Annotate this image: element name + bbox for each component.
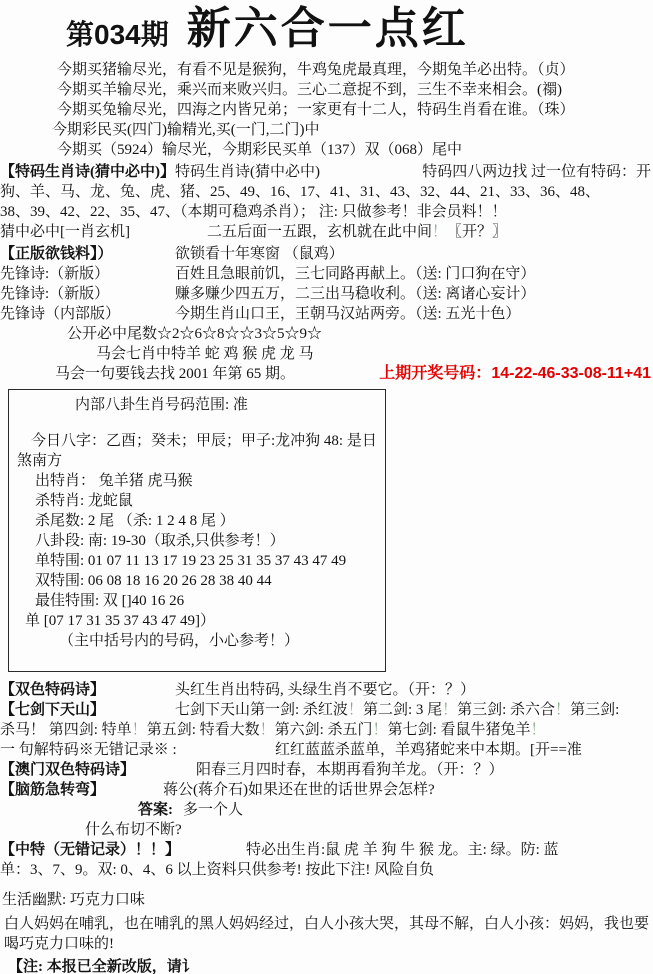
bagua-line: 双特围: 06 08 18 16 20 26 28 38 40 44 [13, 571, 381, 591]
bagua-line: 单特围: 01 07 11 13 17 19 23 25 31 35 37 43… [13, 551, 381, 571]
zhongte-row: 【中特（无错记录）！！】 特必出生肖:鼠 虎 羊 狗 牛 猴 龙。主: 绿。防:… [0, 840, 653, 860]
section-label: 【特码生肖诗(猜中必中)】 [0, 162, 175, 182]
yixiao-xuanji-row: 猜中必中[一肖玄机] 二五后面一五跟，玄机就在此中间！〖开？〗 [0, 222, 653, 242]
row-text: 特必出生肖:鼠 虎 羊 狗 牛 猴 龙。主: 绿。防: 蓝 [246, 840, 559, 860]
bagua-note: （主中括号内的号码，小心参考！） [13, 631, 381, 651]
bagua-line: 出特肖： 兔羊猪 虎马猴 [13, 471, 381, 491]
xianfeng-row: 先锋诗:（新版） 百姓且急眼前饥，三七同路再献上。（送: 门口狗在守） [0, 264, 653, 284]
shuangse-row: 【双色特码诗】 头红生肖出特码, 头绿生肖不要它。（开：？） [0, 680, 653, 700]
row-text: 二五后面一五跟，玄机就在此中间！〖开？〗 [207, 222, 507, 242]
text-segment: ！ [530, 722, 545, 738]
row-text: 头红生肖出特码, 头绿生肖不要它。（开：？） [175, 680, 475, 700]
text-segment: 杀马！ 第四剑: 特单 [0, 722, 132, 738]
text-segment: ！ [373, 722, 388, 738]
bazi-line: 今日八字：乙酉；癸未；甲辰；甲子:龙冲狗 48: 是日煞南方 [13, 431, 381, 471]
bagua-line: 杀尾数: 2 尾 （杀: 1 2 4 8 尾 ） [13, 511, 381, 531]
poem-block: 今期买猪输尽光，有看不见是猴狗，牛鸡兔虎最真理，今期兔羊必出特。（贞） 今期买羊… [0, 60, 653, 160]
qijian-line2: 杀马！ 第四剑: 特单！第五剑: 特看大数！第六剑: 杀五门！第七剑: 看鼠牛猪… [0, 720, 653, 740]
masthead: 第034期 新六合一点红 [0, 0, 653, 52]
row-label: 猜中必中[一肖玄机] [0, 222, 207, 242]
weishu-line: 公开必中尾数☆2☆6☆8☆☆3☆5☆9☆ [0, 324, 653, 344]
last-draw-value: 14-22-46-33-08-11+41 [491, 365, 651, 382]
poem-line: 今期买（5924）输尽光，今期彩民买单（137）双（068）尾中 [0, 140, 653, 160]
answer-row: 答案: 多一个人 [0, 800, 653, 820]
tema-shengxiao-section: 【特码生肖诗(猜中必中)】 特码生肖诗(猜中必中) 特码四八两边找 过一位有特码… [0, 162, 653, 222]
row-label: 先锋诗:（新版） [0, 284, 175, 304]
yaoqian-text: 马会一句要钱去找 2001 年第 65 期。 [0, 364, 295, 384]
row-label: 【脑筋急转弯】 [0, 780, 163, 800]
yuqian-row: 【正版欲钱料】） 欲锁看十年寒窗 （鼠鸡） [0, 244, 653, 264]
last-draw-label: 上期开奖号码： [379, 365, 491, 382]
answer-label: 答案: [138, 800, 173, 820]
row-label: 一 句解特码※无错记录※ : [0, 740, 275, 760]
text-segment: 第六剑: 杀五门 [275, 722, 373, 738]
tema-numbers-line: 狗、羊、马、龙、兔、虎、猪、25、49、16、17、41、31、43、32、44… [0, 182, 653, 202]
qijian-line1: 【七剑下天山】 七剑下天山第一剑: 杀红波！第二剑: 3 尾！第三剑: 杀六合！… [0, 700, 653, 720]
text-segment: 七剑下天山第一剑: 杀红波 [175, 702, 348, 718]
row-label: 先锋诗（内部版） [0, 304, 175, 324]
text-segment: 第七剑: 看鼠牛猪兔羊 [388, 722, 531, 738]
text-segment: ！ [432, 224, 447, 240]
tema-numbers-line: 38、39、42、22、35、47、（本期可稳鸡杀肖）； 注: 只做参考！非会员… [0, 202, 653, 222]
text-segment: 第三剑: 杀六合 [457, 702, 555, 718]
bagua-box: 内部八卦生肖号码范围: 准 今日八字：乙酉；癸未；甲辰；甲子:龙冲狗 48: 是… [8, 389, 386, 672]
row-label: 【七剑下天山】 [0, 700, 175, 720]
text-segment: 第二剑: 3 尾 [363, 702, 442, 718]
row-label: 【澳门双色特码诗】 [0, 760, 196, 780]
text-segment: ！ [132, 722, 147, 738]
humor-body: 白人妈妈在哺乳，也在哺乳的黑人妈妈经过，白人小孩大哭，其母不解，白人小孩：妈妈，… [0, 914, 653, 954]
text-segment: ！ [260, 722, 275, 738]
section-label-repeat: 特码生肖诗(猜中必中) [175, 162, 320, 182]
text-segment: ！ [348, 702, 363, 718]
last-draw-numbers: 上期开奖号码：14-22-46-33-08-11+41 [379, 364, 653, 384]
bagua-box-title: 内部八卦生肖号码范围: 准 [13, 395, 381, 415]
row-label: 先锋诗:（新版） [0, 264, 175, 284]
text-segment: 第五剑: 特看大数 [147, 722, 260, 738]
row-text: 今期生肖山口王，王朝马汉站两旁。（送: 五光十色） [175, 304, 520, 324]
jiete-row: 一 句解特码※无错记录※ : 红红蓝蓝杀蓝单，羊鸡猪蛇来中本期。[开==准 [0, 740, 653, 760]
bagua-line: 杀特肖: 龙蛇鼠 [13, 491, 381, 511]
answer-text: 多一个人 [183, 800, 243, 820]
last-draw-row: 马会一句要钱去找 2001 年第 65 期。 上期开奖号码：14-22-46-3… [0, 364, 653, 384]
bagua-line: 最佳特围: 双 []40 16 26 [13, 591, 381, 611]
text-segment: 〖开？〗 [447, 224, 507, 240]
zhongte-line2: 单：3、7、9。双: 0、4、6 以上资料只供参考! 按此下注! 风险自负 [0, 860, 653, 880]
humor-title: 生活幽默: 巧克力口味 [0, 890, 653, 910]
bagua-line: 八卦段: 南: 19-30（取杀,只供参考！） [13, 531, 381, 551]
row-text: 阳春三月四时春，本期再看狗羊龙。（开：？） [196, 760, 504, 780]
poem-line: 今期买猪输尽光，有看不见是猴狗，牛鸡兔虎最真理，今期兔羊必出特。（贞） [0, 60, 653, 80]
row-text: 百姓且急眼前饥，三七同路再献上。（送: 门口狗在守） [175, 264, 535, 284]
poem-line: 今期买羊输尽光，乘兴而来败兴归。三心二意捉不到，三生不幸来相会。(禤) [0, 80, 653, 100]
xianfeng-row: 先锋诗:（新版） 赚多赚少四五万，二三出马稳收利。（送: 离诸心妄计） [0, 284, 653, 304]
text-segment: 第三剑: [570, 702, 619, 718]
bagua-dan-line: 单 [07 17 31 35 37 43 47 49]） [13, 611, 381, 631]
text-segment: ！ [442, 702, 457, 718]
row-label: 【正版欲钱料】） [0, 244, 175, 264]
qixiao-line: 马会七肖中特羊 蛇 鸡 猴 虎 龙 马 [0, 344, 653, 364]
poem-line: 今期买兔输尽光，四海之内皆兄弟；一家更有十二人，特码生肖看在谁。（珠） [0, 100, 653, 120]
footer-note: 【注: 本报已全新改版，请讠 [0, 957, 653, 974]
row-label: 【中特（无错记录）！！】 [0, 840, 246, 860]
tema-shengxiao-line1: 【特码生肖诗(猜中必中)】 特码生肖诗(猜中必中) 特码四八两边找 过一位有特码… [0, 162, 653, 182]
row-text: 蒋公(蒋介石)如果还在世的话世界会怎样? [163, 780, 435, 800]
riddle-line: 什么布切不断? [0, 820, 653, 840]
row-text: 红红蓝蓝杀蓝单，羊鸡猪蛇来中本期。[开==准 [275, 740, 582, 760]
row-label: 【双色特码诗】 [0, 680, 175, 700]
row-text: 七剑下天山第一剑: 杀红波！第二剑: 3 尾！第三剑: 杀六合！第三剑: [175, 700, 619, 720]
row-text: 赚多赚少四五万，二三出马稳收利。（送: 离诸心妄计） [175, 284, 535, 304]
xianfeng-row: 先锋诗（内部版） 今期生肖山口王，王朝马汉站两旁。（送: 五光十色） [0, 304, 653, 324]
qijian-section: 【七剑下天山】 七剑下天山第一剑: 杀红波！第二剑: 3 尾！第三剑: 杀六合！… [0, 700, 653, 740]
page-title: 新六合一点红 [187, 6, 469, 52]
lottery-tip-sheet-page: 第034期 新六合一点红 今期买猪输尽光，有看不见是猴狗，牛鸡兔虎最真理，今期兔… [0, 0, 653, 974]
naojin-row: 【脑筋急转弯】 蒋公(蒋介石)如果还在世的话世界会怎样? [0, 780, 653, 800]
text-segment: ！ [555, 702, 570, 718]
poem-line: 今期彩民买(四门)输精光,买(一门,二门)中 [0, 120, 653, 140]
text-segment: 二五后面一五跟，玄机就在此中间 [207, 224, 432, 240]
issue-number: 第034期 [66, 20, 169, 50]
row-text: 欲锁看十年寒窗 （鼠鸡） [175, 244, 344, 264]
tema-hint: 特码四八两边找 过一位有特码：开 [422, 162, 653, 182]
aomen-row: 【澳门双色特码诗】 阳春三月四时春，本期再看狗羊龙。（开：？） [0, 760, 653, 780]
